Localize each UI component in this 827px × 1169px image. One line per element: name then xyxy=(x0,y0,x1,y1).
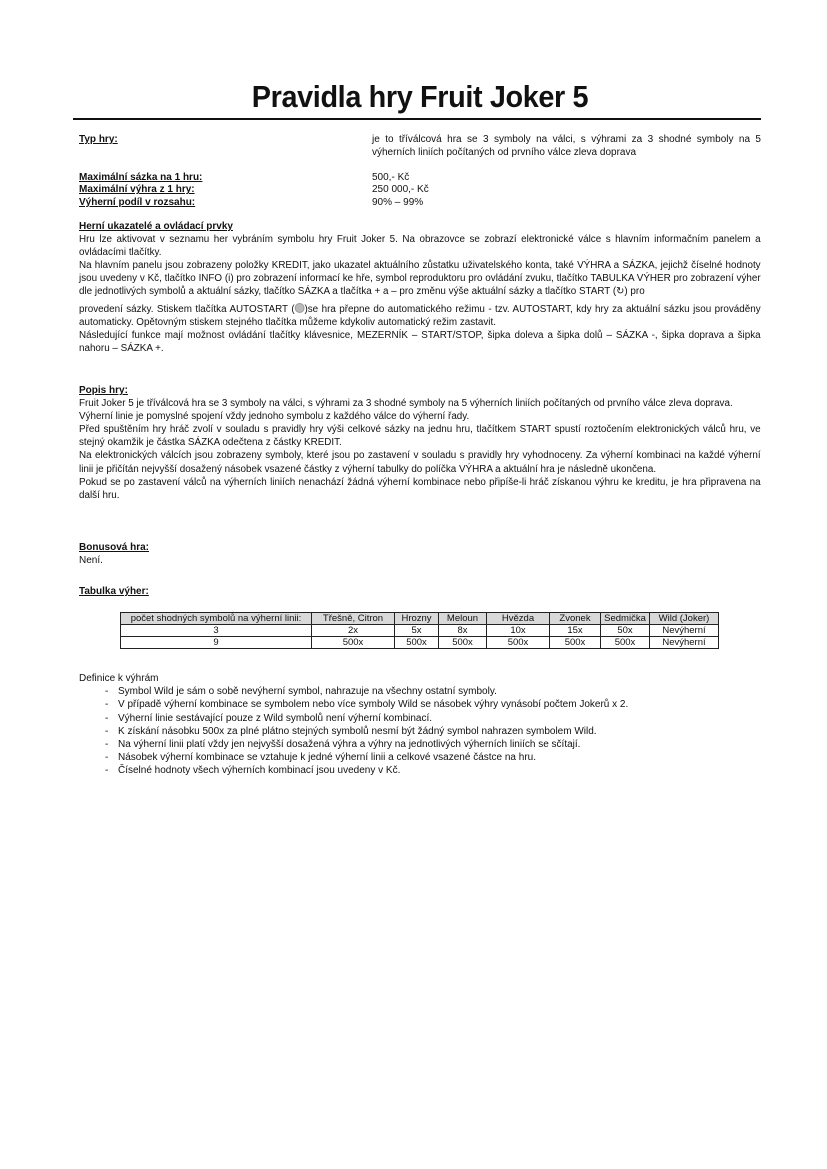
section-heading: Herní ukazatelé a ovládací prvky xyxy=(79,220,761,233)
paytable-cell: 500x xyxy=(550,637,601,649)
paragraph: Na elektronických válcích jsou zobrazeny… xyxy=(79,449,761,475)
paytable-cell: 3 xyxy=(121,625,312,637)
paytable-cell: Nevýherní xyxy=(650,637,719,649)
paytable-cell: 500x xyxy=(312,637,395,649)
paytable-cell: 500x xyxy=(439,637,487,649)
paytable-cell: 9 xyxy=(121,637,312,649)
paytable-cell: 500x xyxy=(487,637,550,649)
paytable-header-cell: Wild (Joker) xyxy=(650,613,719,625)
paragraph: Hru lze aktivovat v seznamu her vybráním… xyxy=(79,233,761,259)
list-item: -Násobek výherní kombinace se vztahuje k… xyxy=(79,751,761,764)
paytable-row: 3 2x 5x 8x 10x 15x 50x Nevýherní xyxy=(121,625,719,637)
paragraph: Pokud se po zastavení válců na výherních… xyxy=(79,476,761,502)
bonus-section: Bonusová hra: Není. xyxy=(79,541,761,567)
definitions-heading: Definice k výhrám xyxy=(79,672,761,685)
paytable-header-cell: počet shodných symbolů na výherní linii: xyxy=(121,613,312,625)
list-item: -Číselné hodnoty všech výherních kombina… xyxy=(79,764,761,777)
paytable-cell: 50x xyxy=(601,625,650,637)
paytable: počet shodných symbolů na výherní linii:… xyxy=(120,612,719,649)
list-item: -V případě výherní kombinace se symbolem… xyxy=(79,698,761,711)
list-item: -Na výherní linii platí vždy jen nejvyšš… xyxy=(79,738,761,751)
list-item: -Výherní linie sestávající pouze z Wild … xyxy=(79,712,761,725)
meta-label: Výherní podíl v rozsahu: xyxy=(79,197,372,210)
meta-row-rtp: Výherní podíl v rozsahu: 90% – 99% xyxy=(79,197,761,210)
paytable-header-row: počet shodných symbolů na výherní linii:… xyxy=(121,613,719,625)
meta-label: Typ hry: xyxy=(79,134,372,159)
paytable-cell: 15x xyxy=(550,625,601,637)
meta-value: je to tříválcová hra se 3 symboly na vál… xyxy=(372,134,761,159)
meta-label: Maximální sázka na 1 hru: xyxy=(79,172,372,185)
paragraph: Před spuštěním hry hráč zvolí v souladu … xyxy=(79,423,761,449)
paytable-header-cell: Sedmička xyxy=(601,613,650,625)
list-item: -K získání násobku 500x za plné plátno s… xyxy=(79,725,761,738)
paytable-cell: 500x xyxy=(395,637,439,649)
controls-section: Herní ukazatelé a ovládací prvky Hru lze… xyxy=(79,220,761,355)
paytable-cell: 500x xyxy=(601,637,650,649)
paragraph: Výherní linie je pomyslné spojení vždy j… xyxy=(79,410,761,423)
paytable-header-cell: Meloun xyxy=(439,613,487,625)
paytable-heading-section: Tabulka výher: xyxy=(79,585,761,598)
meta-value: 90% – 99% xyxy=(372,197,761,210)
page-title: Pravidla hry Fruit Joker 5 xyxy=(103,78,737,116)
paytable-cell: 5x xyxy=(395,625,439,637)
paytable-header-cell: Třešně, Citron xyxy=(312,613,395,625)
section-heading: Tabulka výher: xyxy=(79,585,761,598)
definitions: Definice k výhrám -Symbol Wild je sám o … xyxy=(79,672,761,778)
paytable-cell: 8x xyxy=(439,625,487,637)
meta-row-type: Typ hry: je to tříválcová hra se 3 symbo… xyxy=(79,134,761,159)
meta-row-max-bet: Maximální sázka na 1 hru: 500,- Kč xyxy=(79,172,761,185)
meta-value: 500,- Kč xyxy=(372,172,761,185)
paytable-cell: 10x xyxy=(487,625,550,637)
meta-label: Maximální výhra z 1 hry: xyxy=(79,184,372,197)
list-item: -Symbol Wild je sám o sobě nevýherní sym… xyxy=(79,685,761,698)
paytable-header-cell: Zvonek xyxy=(550,613,601,625)
description-section: Popis hry: Fruit Joker 5 je tříválcová h… xyxy=(79,384,761,502)
paragraph: Následující funkce mají možnost ovládání… xyxy=(79,329,761,355)
paytable-header-cell: Hvězda xyxy=(487,613,550,625)
title-rule xyxy=(73,118,761,120)
paragraph: Na hlavním panelu jsou zobrazeny položky… xyxy=(79,259,761,298)
paragraph: Není. xyxy=(79,554,761,567)
section-heading: Bonusová hra: xyxy=(79,541,761,554)
paytable-header-cell: Hrozny xyxy=(395,613,439,625)
paragraph: Fruit Joker 5 je tříválcová hra se 3 sym… xyxy=(79,397,761,410)
meta-row-max-win: Maximální výhra z 1 hry: 250 000,- Kč xyxy=(79,184,761,197)
paytable-row: 9 500x 500x 500x 500x 500x 500x Nevýhern… xyxy=(121,637,719,649)
paytable-cell: 2x xyxy=(312,625,395,637)
paytable-cell: Nevýherní xyxy=(650,625,719,637)
paragraph: provedení sázky. Stiskem tlačítka AUTOST… xyxy=(79,303,761,329)
section-heading: Popis hry: xyxy=(79,384,761,397)
game-meta: Typ hry: je to tříválcová hra se 3 symbo… xyxy=(79,134,761,210)
meta-value: 250 000,- Kč xyxy=(372,184,761,197)
definitions-list: -Symbol Wild je sám o sobě nevýherní sym… xyxy=(79,685,761,777)
autostart-icon xyxy=(295,303,305,313)
